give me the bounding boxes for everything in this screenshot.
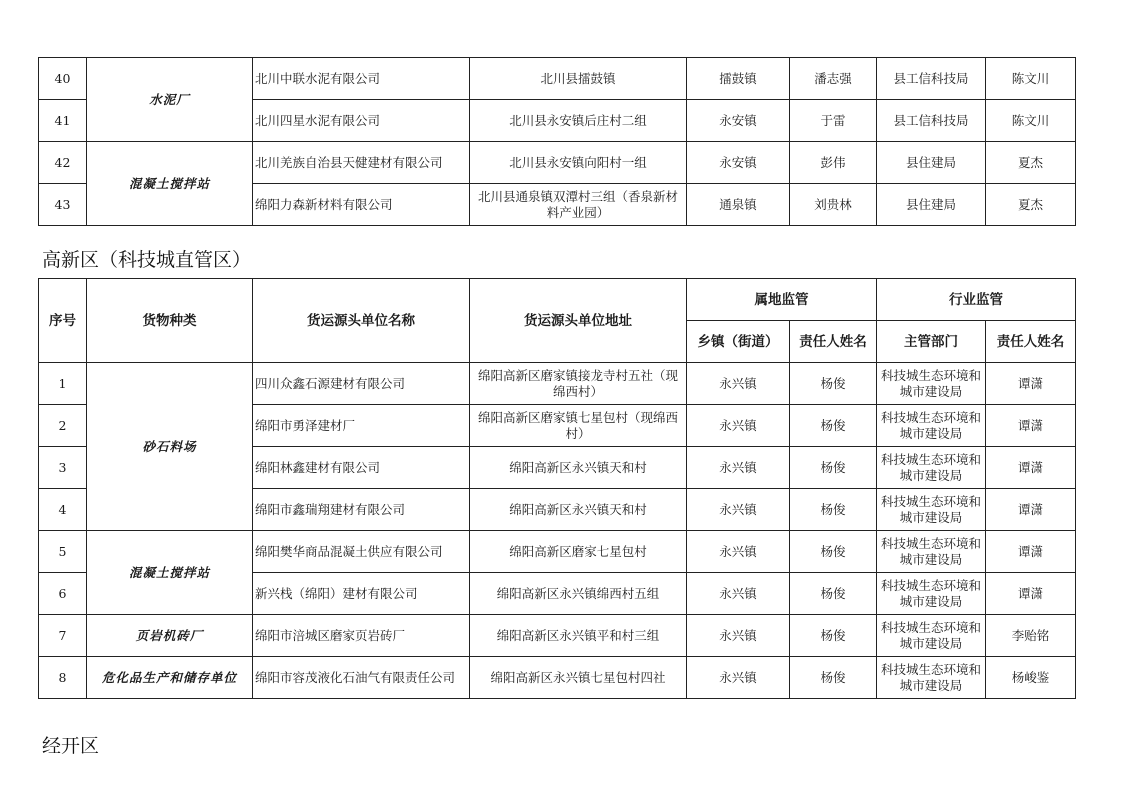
category-cell: 水泥厂 [87,58,253,142]
row-number: 41 [39,100,87,142]
town: 永兴镇 [687,447,790,489]
row-number: 6 [39,573,87,615]
department-responsible-person: 杨峻鉴 [986,657,1076,699]
company-address: 绵阳高新区永兴镇天和村 [470,447,687,489]
category-cell: 砂石料场 [87,363,253,531]
department-responsible-person: 陈文川 [986,100,1076,142]
town-responsible-person: 杨俊 [790,405,877,447]
department-responsible-person: 李贻铭 [986,615,1076,657]
company-name: 新兴栈（绵阳）建材有限公司 [253,573,470,615]
section-title-jingkai: 经开区 [42,731,99,758]
town-responsible-person: 杨俊 [790,657,877,699]
company-name: 绵阳市勇泽建材厂 [253,405,470,447]
beichuan-sources-table-continued: 40 水泥厂 北川中联水泥有限公司 北川县擂鼓镇 擂鼓镇 潘志强 县工信科技局 … [38,57,1076,226]
town-responsible-person: 于雷 [790,100,877,142]
town: 永安镇 [687,100,790,142]
supervising-department: 科技城生态环境和城市建设局 [877,573,986,615]
company-address: 北川县永安镇向阳村一组 [470,142,687,184]
row-number: 1 [39,363,87,405]
company-name: 北川中联水泥有限公司 [253,58,470,100]
town: 永兴镇 [687,489,790,531]
town-responsible-person: 杨俊 [790,489,877,531]
header-industry-supervision: 行业监管 [877,279,1076,321]
company-address: 北川县擂鼓镇 [470,58,687,100]
supervising-department: 科技城生态环境和城市建设局 [877,531,986,573]
town-responsible-person: 杨俊 [790,531,877,573]
town-responsible-person: 杨俊 [790,447,877,489]
row-number: 7 [39,615,87,657]
company-address: 绵阳高新区磨家七星包村 [470,531,687,573]
company-name: 绵阳樊华商品混凝土供应有限公司 [253,531,470,573]
company-address: 绵阳高新区永兴镇绵西村五组 [470,573,687,615]
department-responsible-person: 谭潇 [986,363,1076,405]
company-name: 绵阳市涪城区磨家页岩砖厂 [253,615,470,657]
department-responsible-person: 陈文川 [986,58,1076,100]
table-row: 42 混凝土搅拌站 北川羌族自治县天健建材有限公司 北川县永安镇向阳村一组 永安… [39,142,1076,184]
town-responsible-person: 潘志强 [790,58,877,100]
town: 通泉镇 [687,184,790,226]
town: 永安镇 [687,142,790,184]
category-cell: 混凝土搅拌站 [87,531,253,615]
table-row: 1 砂石料场 四川众鑫石源建材有限公司 绵阳高新区磨家镇接龙寺村五社（现绵西村）… [39,363,1076,405]
row-number: 40 [39,58,87,100]
table-row: 8 危化品生产和储存单位 绵阳市容茂液化石油气有限责任公司 绵阳高新区永兴镇七星… [39,657,1076,699]
company-name: 绵阳力森新材料有限公司 [253,184,470,226]
row-number: 4 [39,489,87,531]
company-address: 绵阳高新区磨家镇接龙寺村五社（现绵西村） [470,363,687,405]
company-address: 绵阳高新区永兴镇平和村三组 [470,615,687,657]
header-local-supervision: 属地监管 [687,279,877,321]
department-responsible-person: 谭潇 [986,447,1076,489]
supervising-department: 县工信科技局 [877,100,986,142]
town: 擂鼓镇 [687,58,790,100]
town-responsible-person: 刘贵林 [790,184,877,226]
category-cell: 危化品生产和储存单位 [87,657,253,699]
supervising-department: 科技城生态环境和城市建设局 [877,405,986,447]
town: 永兴镇 [687,657,790,699]
supervising-department: 县住建局 [877,184,986,226]
supervising-department: 科技城生态环境和城市建设局 [877,363,986,405]
town: 永兴镇 [687,405,790,447]
supervising-department: 科技城生态环境和城市建设局 [877,615,986,657]
header-dept: 主管部门 [877,321,986,363]
department-responsible-person: 谭潇 [986,573,1076,615]
header-row-1: 序号 货物种类 货运源头单位名称 货运源头单位地址 属地监管 行业监管 [39,279,1076,321]
company-address: 绵阳高新区永兴镇七星包村四社 [470,657,687,699]
supervising-department: 科技城生态环境和城市建设局 [877,447,986,489]
town-responsible-person: 杨俊 [790,615,877,657]
town: 永兴镇 [687,531,790,573]
row-number: 3 [39,447,87,489]
company-address: 绵阳高新区永兴镇天和村 [470,489,687,531]
supervising-department: 县工信科技局 [877,58,986,100]
company-address: 绵阳高新区磨家镇七星包村（现绵西村） [470,405,687,447]
header-category: 货物种类 [87,279,253,363]
row-number: 43 [39,184,87,226]
town-responsible-person: 杨俊 [790,573,877,615]
supervising-department: 县住建局 [877,142,986,184]
supervising-department: 科技城生态环境和城市建设局 [877,657,986,699]
department-responsible-person: 谭潇 [986,489,1076,531]
row-number: 5 [39,531,87,573]
department-responsible-person: 谭潇 [986,405,1076,447]
town-responsible-person: 杨俊 [790,363,877,405]
company-name: 绵阳市鑫瑞翔建材有限公司 [253,489,470,531]
header-company: 货运源头单位名称 [253,279,470,363]
row-number: 42 [39,142,87,184]
table-row: 7 页岩机砖厂 绵阳市涪城区磨家页岩砖厂 绵阳高新区永兴镇平和村三组 永兴镇 杨… [39,615,1076,657]
company-address: 北川县通泉镇双潭村三组（香泉新材料产业园） [470,184,687,226]
row-number: 8 [39,657,87,699]
department-responsible-person: 谭潇 [986,531,1076,573]
company-name: 绵阳林鑫建材有限公司 [253,447,470,489]
category-cell: 混凝土搅拌站 [87,142,253,226]
company-name: 绵阳市容茂液化石油气有限责任公司 [253,657,470,699]
town: 永兴镇 [687,363,790,405]
category-cell: 页岩机砖厂 [87,615,253,657]
section-title-gaoxin: 高新区（科技城直管区） [42,245,251,272]
table-row: 5 混凝土搅拌站 绵阳樊华商品混凝土供应有限公司 绵阳高新区磨家七星包村 永兴镇… [39,531,1076,573]
town-responsible-person: 彭伟 [790,142,877,184]
header-no: 序号 [39,279,87,363]
department-responsible-person: 夏杰 [986,184,1076,226]
header-address: 货运源头单位地址 [470,279,687,363]
header-dept-person: 责任人姓名 [986,321,1076,363]
company-name: 四川众鑫石源建材有限公司 [253,363,470,405]
supervising-department: 科技城生态环境和城市建设局 [877,489,986,531]
department-responsible-person: 夏杰 [986,142,1076,184]
gaoxin-sources-table: 序号 货物种类 货运源头单位名称 货运源头单位地址 属地监管 行业监管 乡镇（街… [38,278,1076,699]
town: 永兴镇 [687,615,790,657]
row-number: 2 [39,405,87,447]
header-town: 乡镇（街道） [687,321,790,363]
header-town-person: 责任人姓名 [790,321,877,363]
company-address: 北川县永安镇后庄村二组 [470,100,687,142]
company-name: 北川四星水泥有限公司 [253,100,470,142]
town: 永兴镇 [687,573,790,615]
table-row: 40 水泥厂 北川中联水泥有限公司 北川县擂鼓镇 擂鼓镇 潘志强 县工信科技局 … [39,58,1076,100]
company-name: 北川羌族自治县天健建材有限公司 [253,142,470,184]
